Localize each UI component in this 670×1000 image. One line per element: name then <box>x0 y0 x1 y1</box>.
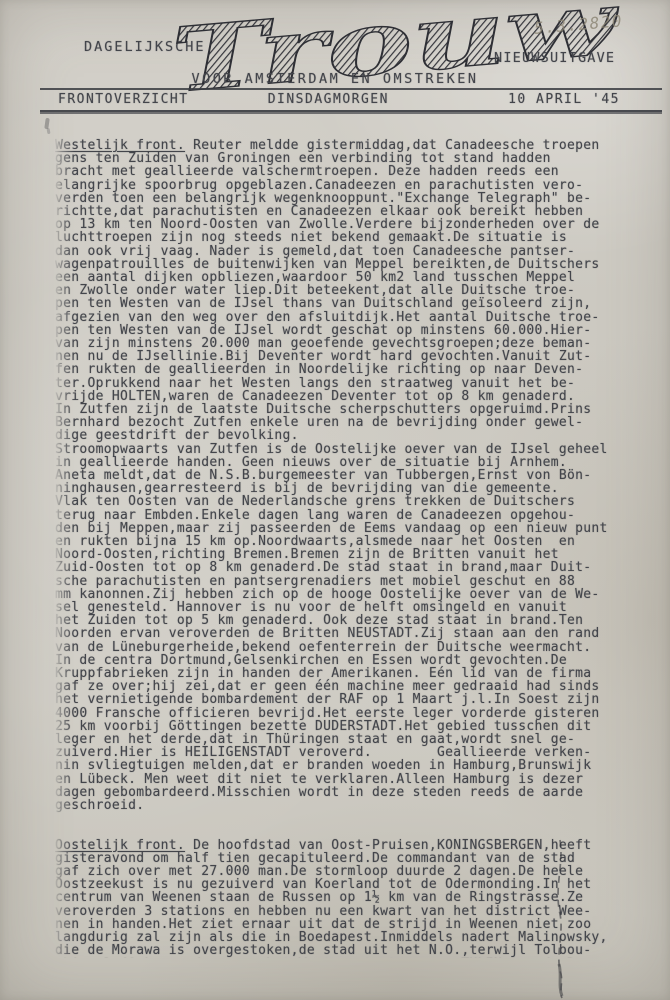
dateline-band: FRONTOVERZICHT DINSDAGMORGEN 10 APRIL '4… <box>40 88 662 112</box>
dateline-left: FRONTOVERZICHT <box>40 92 189 107</box>
paper-crease-mark <box>546 836 580 1000</box>
section-text-oostelijk: De hoofdstad van Oost-Pruisen,KONINGSBER… <box>55 838 608 958</box>
ink-speck <box>47 128 51 134</box>
masthead-subtitle: VOOR AMSTERDAM EN OMSTREKEN <box>0 71 670 87</box>
article-body: Westelijk front. Reuter meldde gistermid… <box>55 113 635 958</box>
dateline-right: 10 APRIL '45 <box>508 92 662 107</box>
dateline-center: DINSDAGMORGEN <box>268 92 429 107</box>
section-westelijk-front: Westelijk front. Reuter meldde gistermid… <box>55 139 635 812</box>
document-page: { "colors":{ "paper":"#cdcac2", "ink":"#… <box>0 0 670 1000</box>
masthead-right-label: NIEUWSUITGAVE <box>494 50 615 66</box>
masthead: DAGELIJKSCHE Trouw NIEUWSUITGAVE VOOR AM… <box>0 0 670 88</box>
section-text-westelijk: Reuter meldde gistermiddag,dat Canadeesc… <box>55 138 608 813</box>
